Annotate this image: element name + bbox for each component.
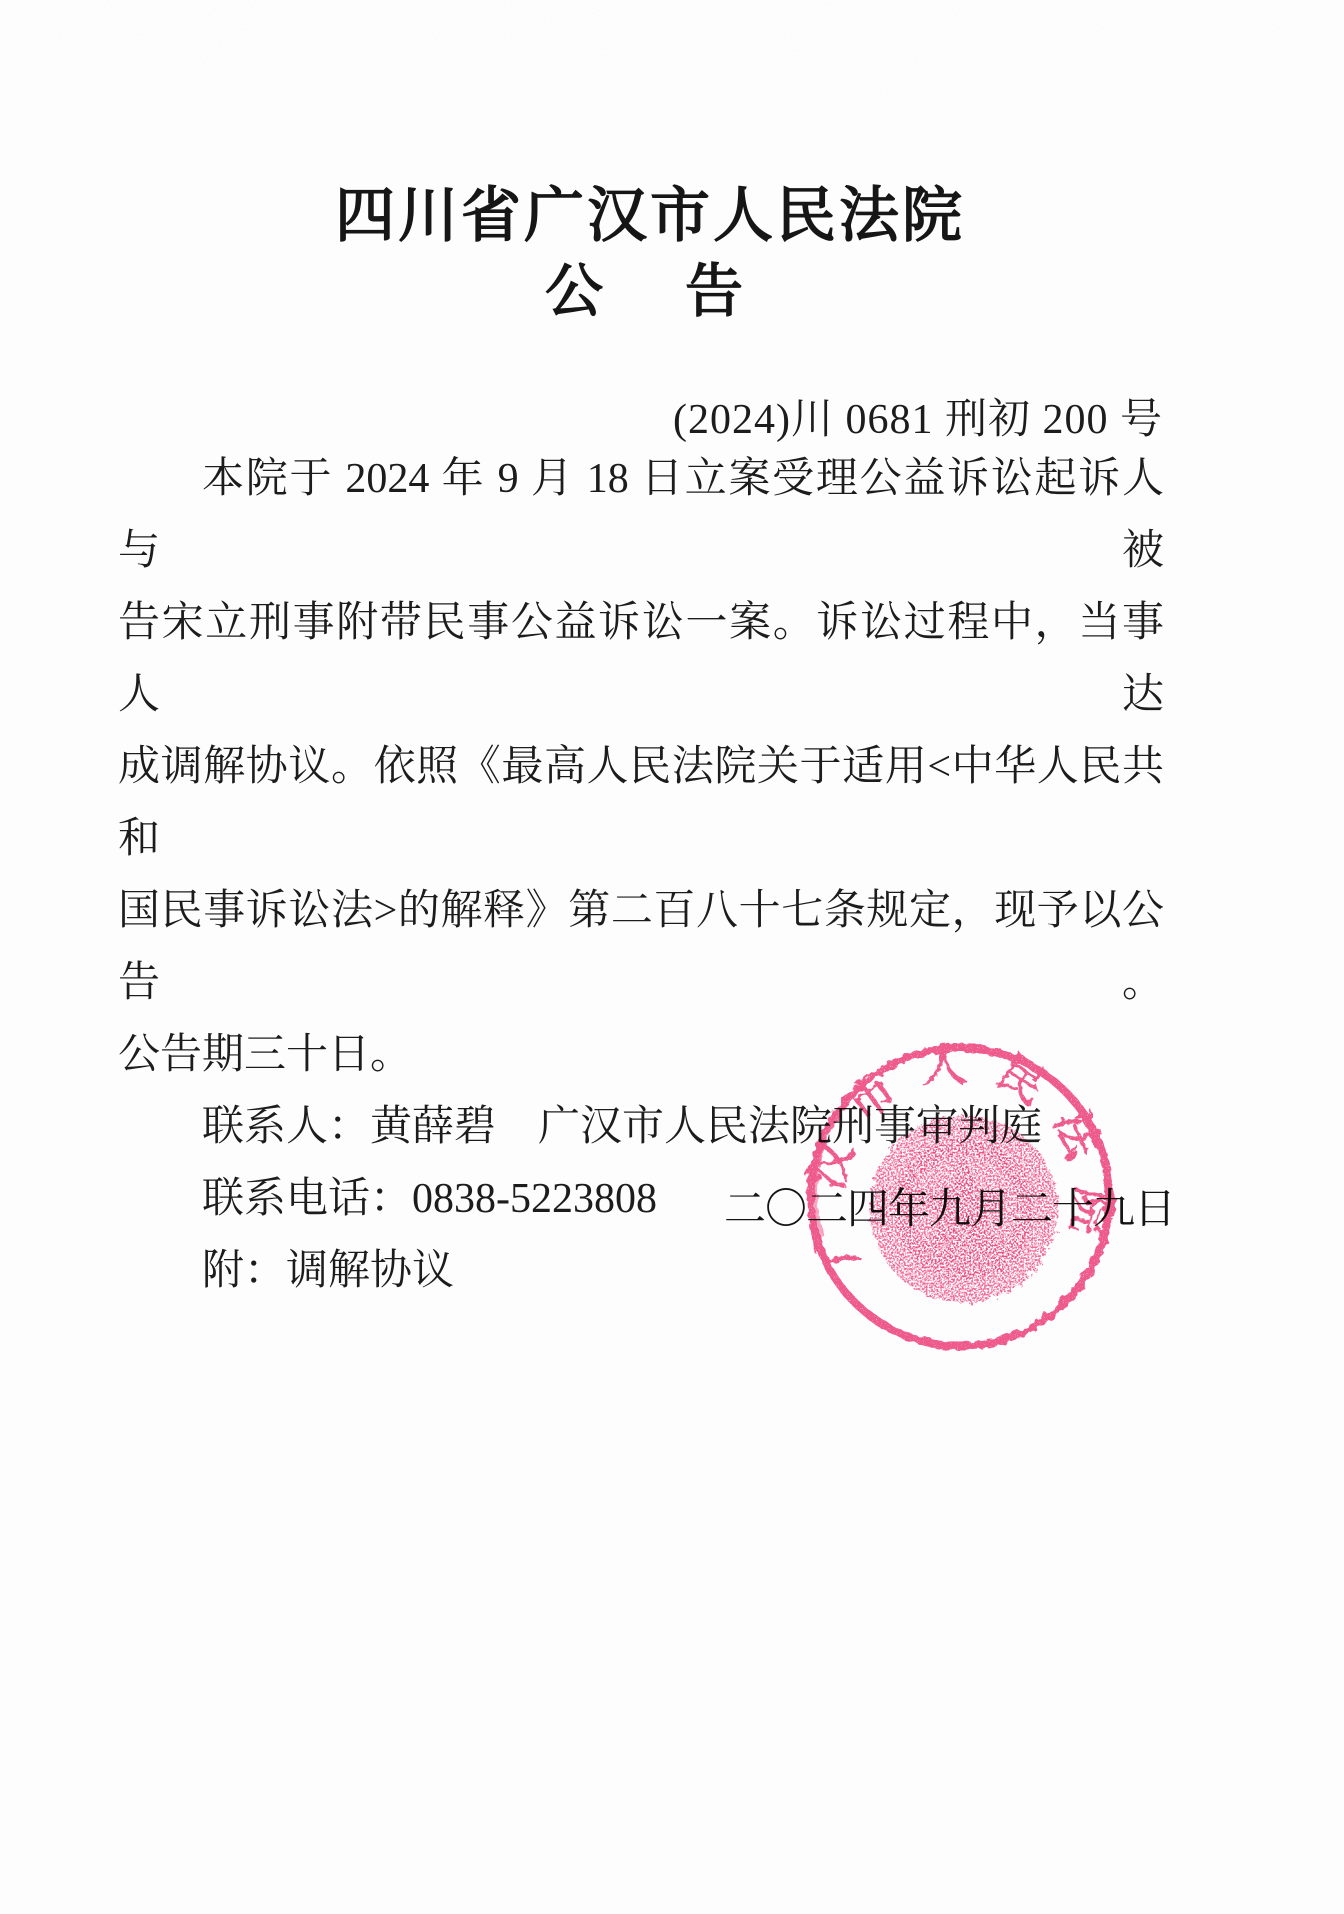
body-line-5: 公告期三十日。 <box>118 1019 1164 1091</box>
body-line-2: 告宋立刑事附带民事公益诉讼一案。诉讼过程中，当事人达 <box>118 587 1164 731</box>
court-name-heading: 四川省广汉市人民法院 <box>0 168 1322 254</box>
body-line-3: 成调解协议。依照《最高人民法院关于适用<中华人民共和 <box>118 731 1164 875</box>
body-line-4: 国民事诉讼法>的解释》第二百八十七条规定，现予以公告。 <box>118 875 1164 1019</box>
attachment-line: 附：调解协议 <box>118 1235 1164 1307</box>
contact-person-line: 联系人：黄薛碧 广汉市人民法院刑事审判庭 <box>118 1091 1164 1163</box>
case-number: (2024)川 0681 刑初 200 号 <box>673 386 1163 446</box>
announcement-title: 公 告 <box>0 244 1322 328</box>
document-date: 二〇二四年九月二十九日 <box>724 1176 1175 1236</box>
scan-noise-artifact <box>0 0 1344 170</box>
body-line-1: 本院于 2024 年 9 月 18 日立案受理公益诉讼起诉人与被 <box>118 443 1164 587</box>
document-page: 四川省广汉市人民法院 公 告 (2024)川 0681 刑初 200 号 本院于… <box>0 0 1344 1914</box>
